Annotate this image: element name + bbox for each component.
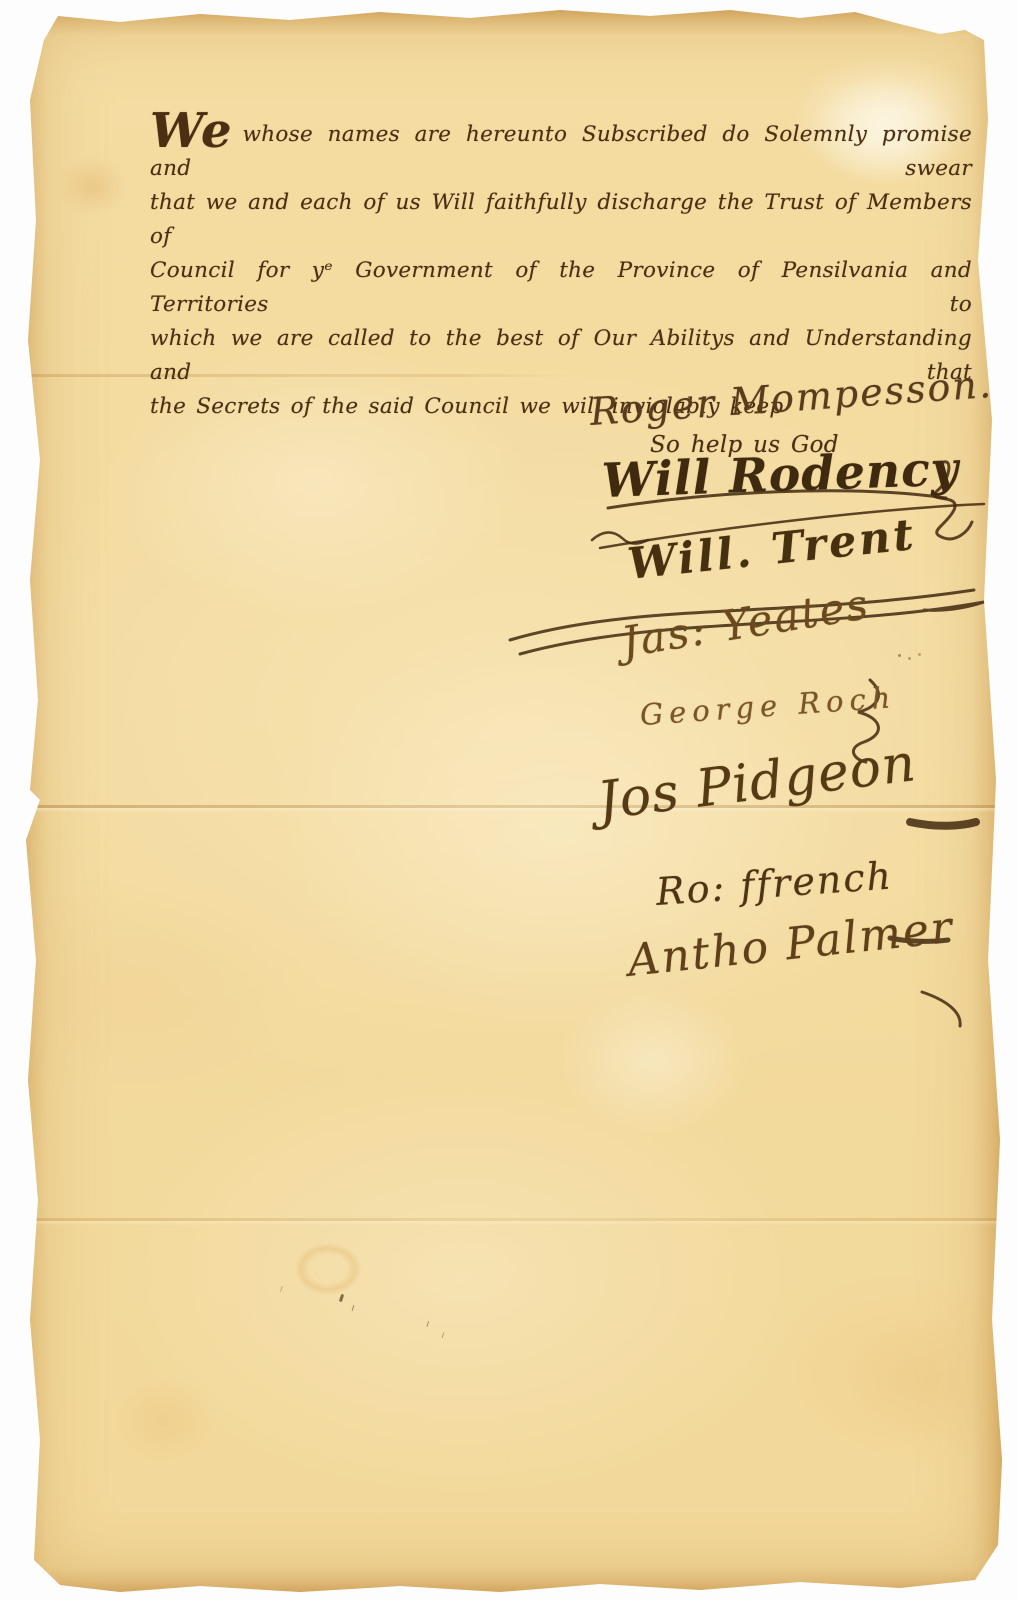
so-help-us-god: So help us God	[650, 428, 972, 462]
oath-line: Wewhose names are hereunto Subscribed do…	[150, 116, 972, 186]
fold-crease-middle	[18, 805, 1006, 808]
stain	[848, 1316, 998, 1446]
oath-line-text: whose names are hereunto Subscribed do S…	[150, 122, 972, 181]
oath-initial-we: We	[150, 103, 233, 159]
fold-crease-lower	[18, 1218, 1006, 1221]
signature-antho-palmer: Antho Palmer	[625, 902, 956, 987]
signature-george-roch: George Roch	[639, 680, 898, 732]
signature-jos-pidgeon: Jos Pidgeon	[594, 733, 919, 832]
stain	[58, 156, 128, 216]
scan-background: Wewhose names are hereunto Subscribed do…	[0, 0, 1018, 1600]
oath-line: that we and each of us Will faithfully d…	[150, 186, 972, 254]
signature-block: Roger Mompesson. Will Rodency Will. Tren…	[538, 376, 1008, 1056]
oath-line: which we are called to the best of Our A…	[150, 322, 972, 390]
ink-freckles	[898, 654, 901, 657]
embossed-seal-mark	[283, 1234, 373, 1304]
signature-ro-ffrench: Ro: ffrench	[654, 853, 894, 913]
stain	[558, 986, 748, 1136]
signature-will-trent: Will. Trent	[625, 510, 918, 590]
stain	[108, 1376, 218, 1466]
document-paper: Wewhose names are hereunto Subscribed do…	[18, 6, 1006, 1594]
oath-line: Council for yᵉ Government of the Provinc…	[150, 254, 972, 322]
oath-line: the Secrets of the said Council we will …	[150, 390, 972, 424]
oath-text: Wewhose names are hereunto Subscribed do…	[150, 116, 972, 462]
signature-jas-yeates: Jas: Yeates	[618, 579, 873, 667]
signature-flourishes	[538, 376, 1008, 1056]
ink-specks	[339, 1294, 344, 1303]
